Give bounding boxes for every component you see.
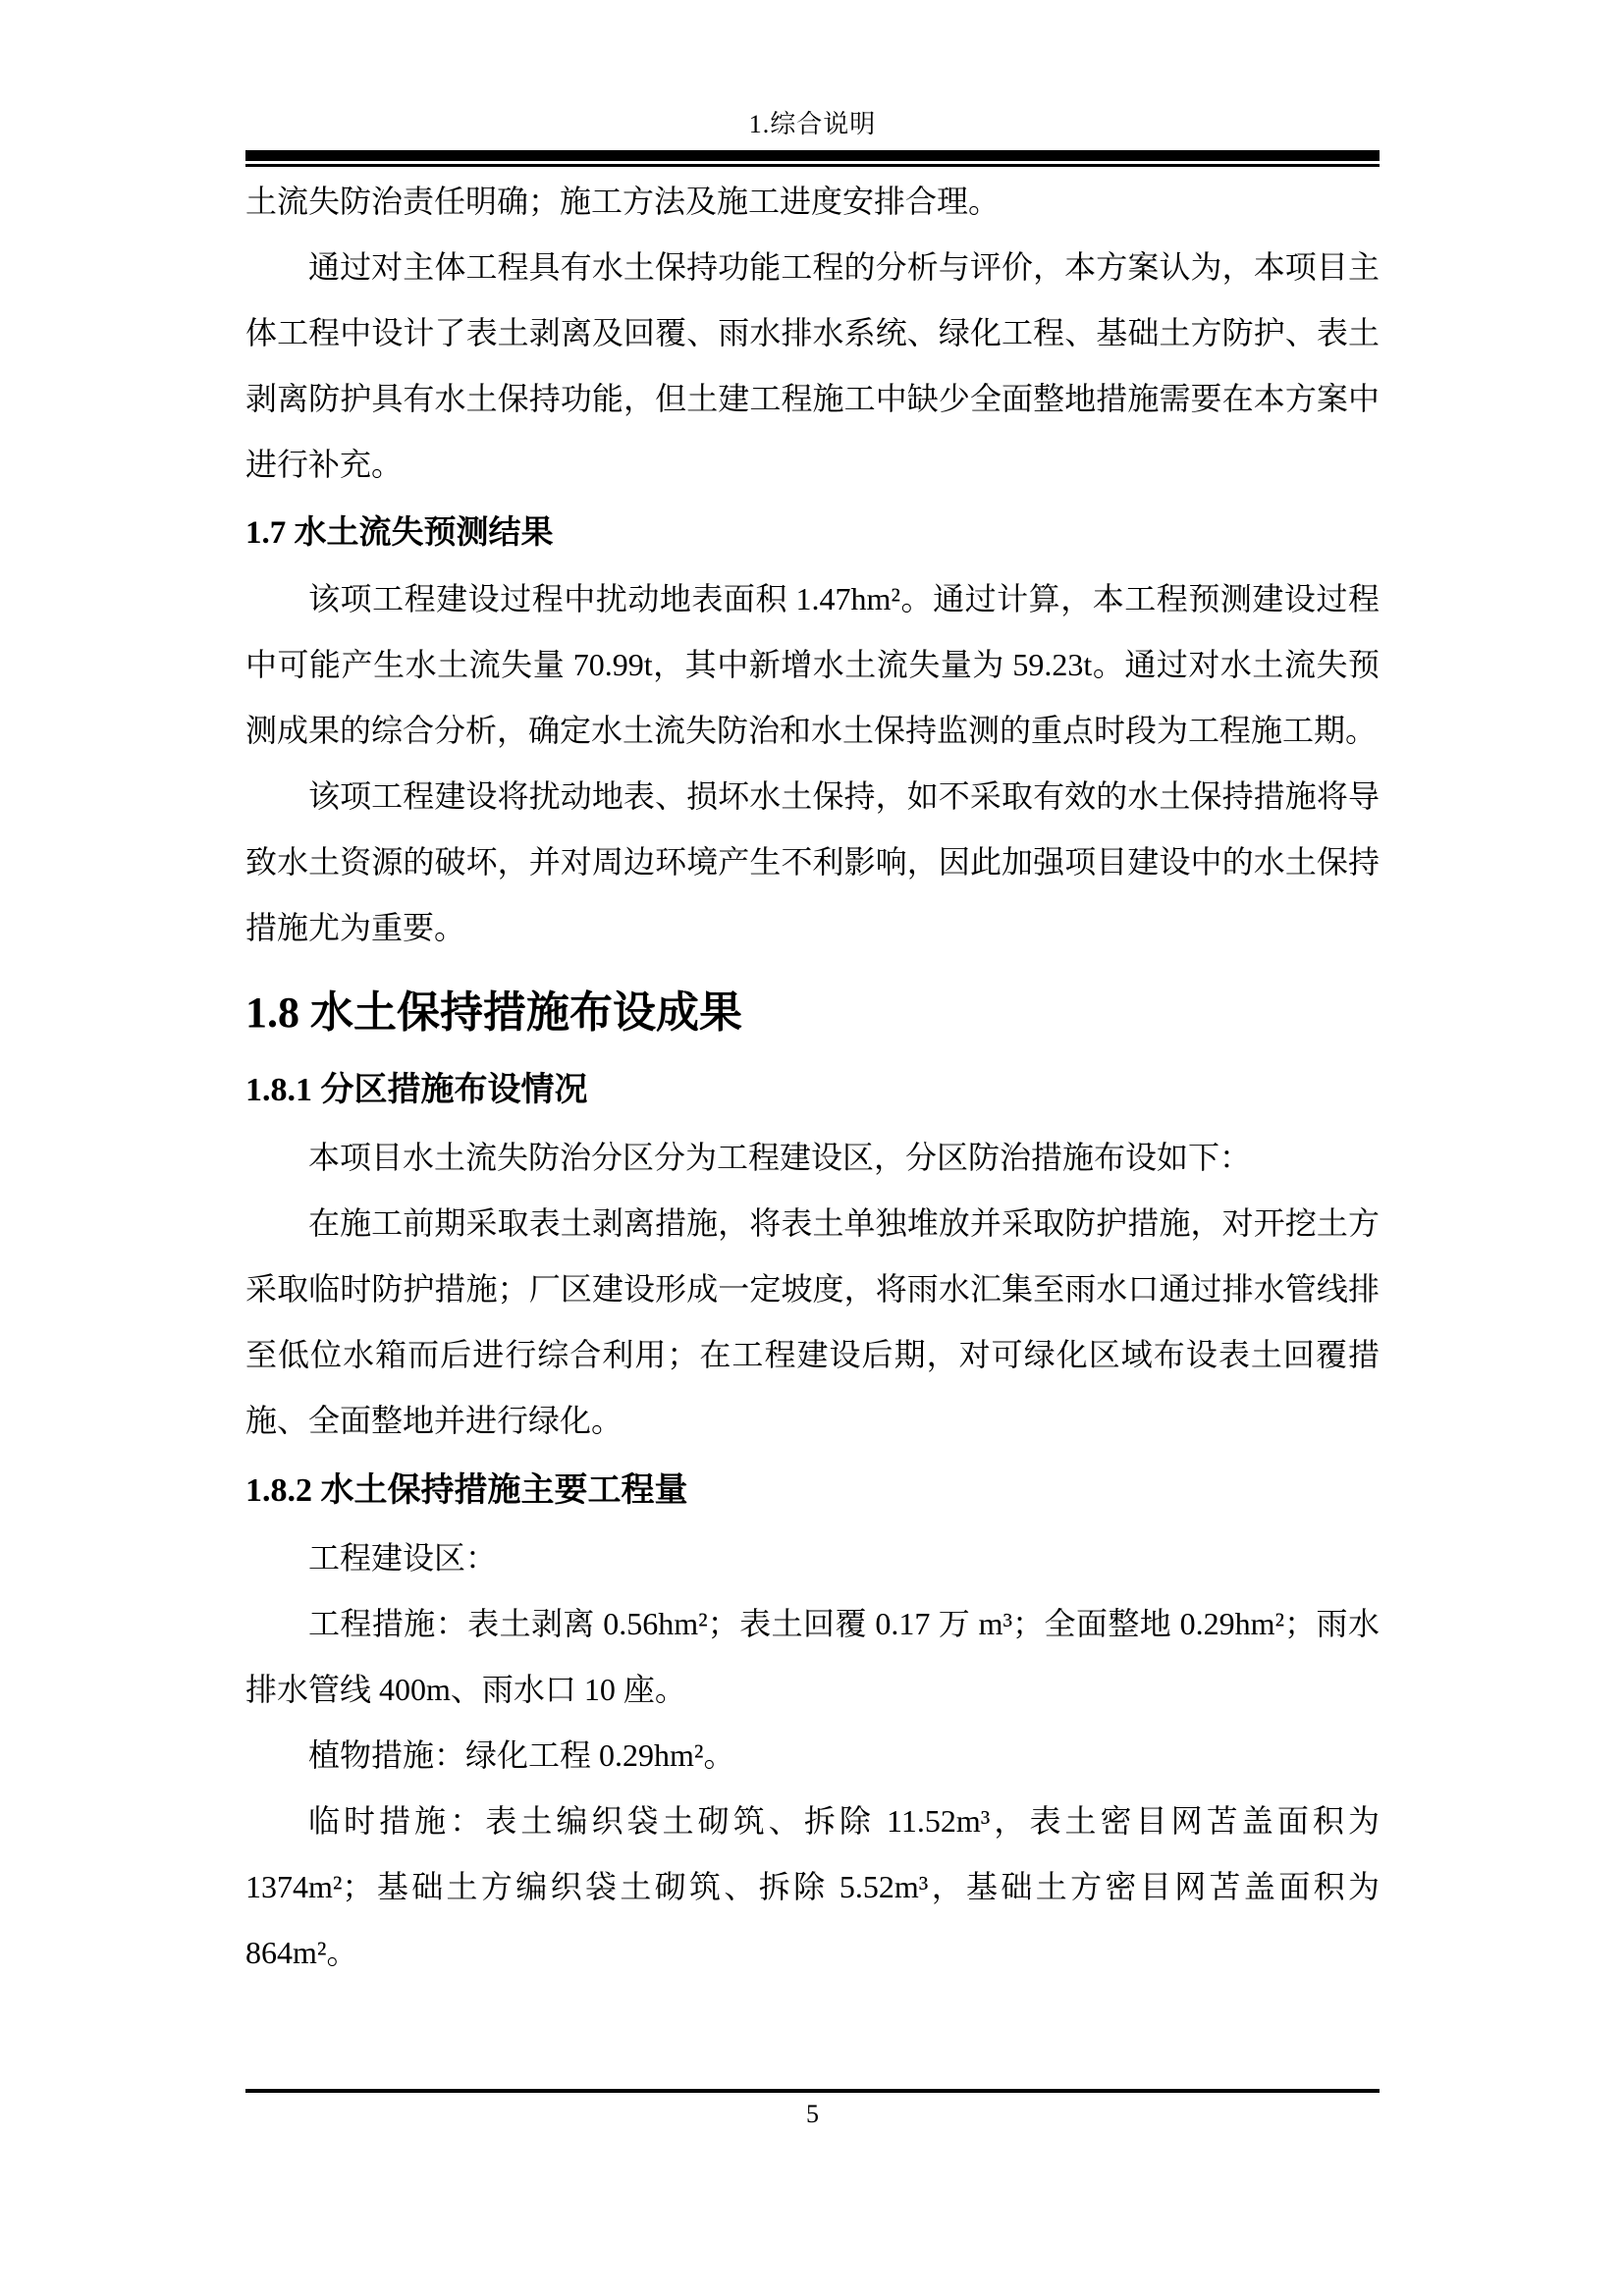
paragraph: 植物措施：绿化工程 0.29hm²。 <box>245 1723 1380 1789</box>
section-heading-1-8-2: 1.8.2 水土保持措施主要工程量 <box>245 1458 1380 1523</box>
paragraph: 在施工前期采取表土剥离措施，将表土单独堆放并采取防护措施，对开挖土方采取临时防护… <box>245 1191 1380 1454</box>
page-header-title: 1.综合说明 <box>245 108 1380 141</box>
paragraph: 工程措施：表土剥离 0.56hm²；表土回覆 0.17 万 m³；全面整地 0.… <box>245 1591 1380 1723</box>
paragraph: 通过对主体工程具有水土保持功能工程的分析与评价，本方案认为，本项目主体工程中设计… <box>245 235 1380 498</box>
footer-rule <box>245 2089 1380 2093</box>
page-number: 5 <box>245 2097 1380 2132</box>
section-heading-1-8: 1.8 水土保持措施布设成果 <box>245 983 1380 1043</box>
document-page: { "header": { "title": "1.综合说明" }, "foot… <box>0 0 1624 2296</box>
paragraph-continuation: 土流失防治责任明确；施工方法及施工进度安排合理。 <box>245 169 1380 235</box>
header-rule-thin-bar <box>245 164 1380 167</box>
paragraph: 临时措施：表土编织袋土砌筑、拆除 11.52m³，表土密目网苫盖面积为 1374… <box>245 1789 1380 1986</box>
document-body: 土流失防治责任明确；施工方法及施工进度安排合理。 通过对主体工程具有水土保持功能… <box>245 169 1380 1986</box>
section-heading-1-8-1: 1.8.1 分区措施布设情况 <box>245 1057 1380 1123</box>
header-rule <box>245 150 1380 167</box>
header-rule-thick-bar <box>245 150 1380 161</box>
paragraph: 该项工程建设将扰动地表、损坏水土保持，如不采取有效的水土保持措施将导致水土资源的… <box>245 764 1380 961</box>
paragraph: 本项目水土流失防治分区分为工程建设区，分区防治措施布设如下： <box>245 1125 1380 1191</box>
paragraph: 该项工程建设过程中扰动地表面积 1.47hm²。通过计算，本工程预测建设过程中可… <box>245 566 1380 764</box>
section-heading-1-7: 1.7 水土流失预测结果 <box>245 501 1380 566</box>
paragraph: 工程建设区： <box>245 1525 1380 1591</box>
